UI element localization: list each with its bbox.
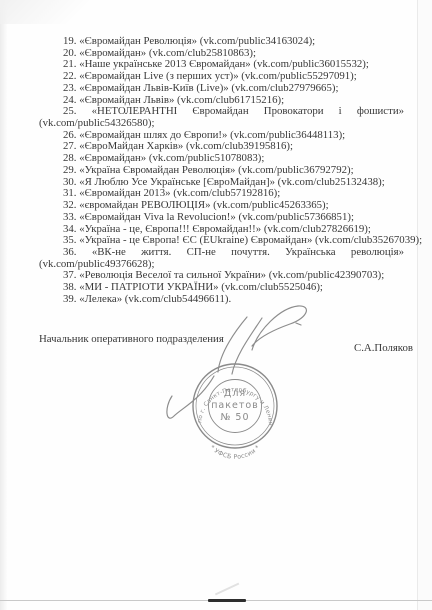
document-line: 19. «Євромайдан Революція» (vk.com/publi… <box>39 36 404 48</box>
scan-edge-topleft <box>0 0 110 24</box>
scan-edge-right-margin <box>418 0 432 610</box>
scan-edge-left <box>0 0 8 610</box>
document-line: 33. «Євромайдан Viva la Revolucion!» (vk… <box>39 212 404 224</box>
document-line: 36. «ВК-не життя. СП-не почуття. Українс… <box>39 247 404 259</box>
scan-bottom-smudge <box>215 583 239 595</box>
signature-stroke <box>252 306 306 350</box>
document-line: (vk.com/public54326580); <box>39 118 404 130</box>
document-line: 29. «Україна Євромайдан Революція» (vk.c… <box>39 165 404 177</box>
scan-bottom-mark <box>208 599 246 602</box>
scanned-document-page: 19. «Євромайдан Революція» (vk.com/publi… <box>0 0 432 610</box>
stamp-center-line2: пакетов <box>211 400 259 411</box>
stamp-center-line3: № 50 <box>221 412 250 423</box>
closing-signer-name: С.А.Поляков <box>354 342 413 354</box>
scan-edge-right-line <box>417 0 418 610</box>
round-stamp: по г. Санкт-Петербургу и Ленинградской о… <box>183 355 287 459</box>
stamp-ring-bottom-text: * УФСБ России * <box>208 444 261 459</box>
signature-stroke <box>296 323 301 325</box>
document-line: 23. «Євромайдан Львів-Київ (Live)» (vk.c… <box>39 83 404 95</box>
document-body: 19. «Євромайдан Революція» (vk.com/publi… <box>39 36 404 306</box>
stamp-center-line1: Для <box>224 388 246 399</box>
